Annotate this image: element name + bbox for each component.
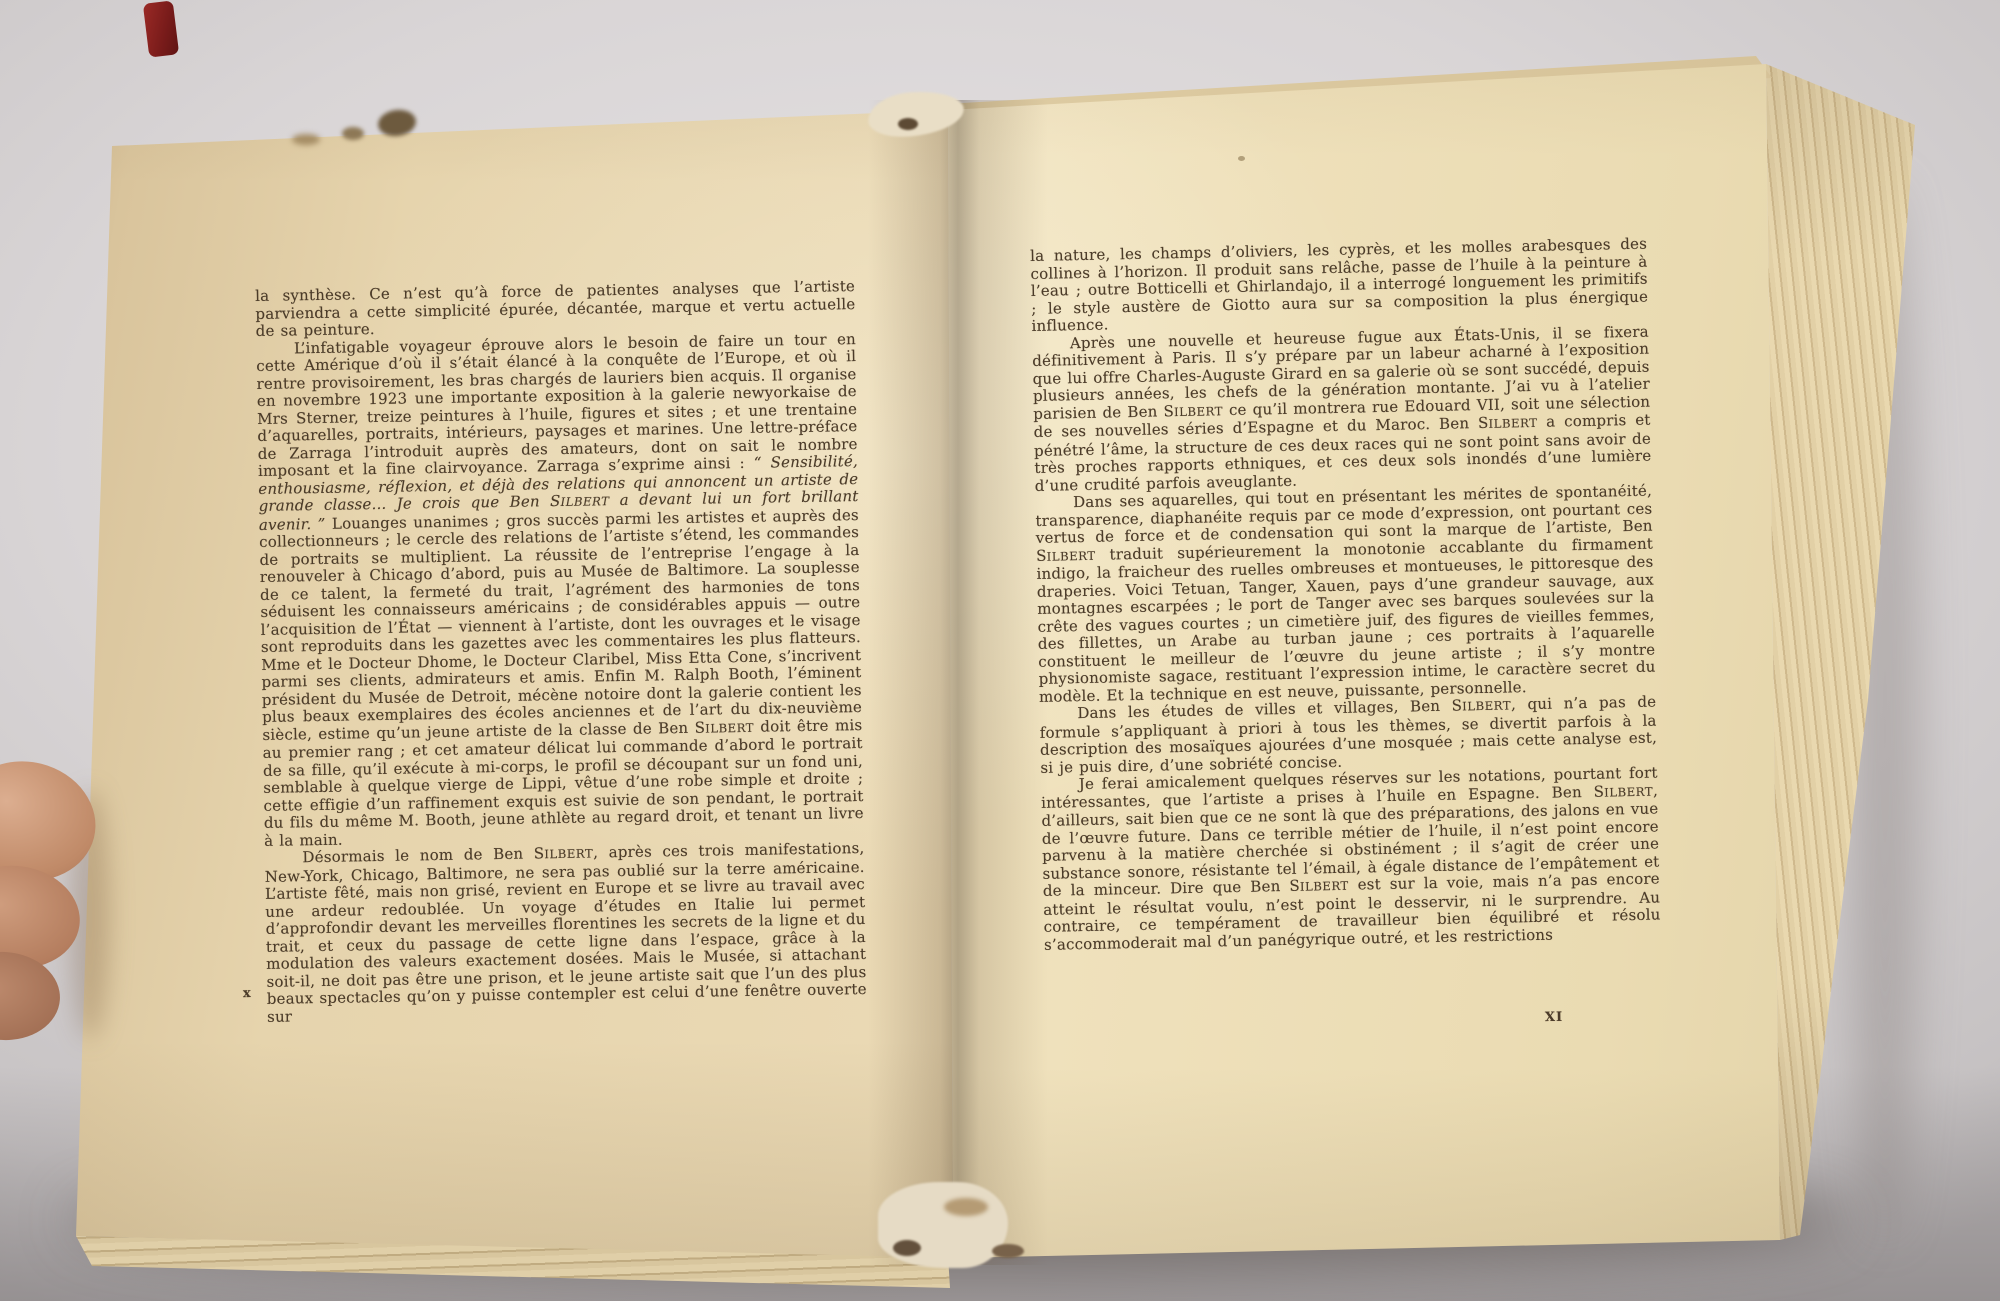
paragraph: Désormais le nom de Ben SILBERT, après c… [264, 840, 867, 1026]
small-caps-name: ILBERT [1047, 548, 1096, 563]
paragraph: Dans ses aquarelles, qui tout en présent… [1035, 483, 1656, 706]
small-caps-name: ILBERT [705, 720, 754, 735]
paper-speck [1238, 156, 1245, 161]
stain [376, 107, 417, 138]
body-text: Désormais le nom de Ben SILBERT, après c… [265, 839, 867, 1025]
finger-icon [0, 948, 63, 1044]
body-text: Louanges unanimes ; gros succès parmi le… [259, 506, 864, 850]
stain [944, 1198, 988, 1216]
small-caps-name: ILBERT [1300, 879, 1349, 894]
paragraph: L’infatigable voyageur éprouve alors le … [256, 331, 864, 850]
left-page-number: x [243, 986, 252, 1001]
body-text: Après une nouvelle et heureuse fugue aux… [1032, 322, 1651, 494]
small-caps-name: ILBERT [1488, 416, 1537, 431]
photograph-of-open-book: { "book": { "left_page": { "page_number"… [0, 0, 2000, 1301]
torn-paper-bottom-spine [878, 1182, 1008, 1268]
paragraph: Je ferai amicalement quelques réserves s… [1041, 765, 1661, 954]
body-text: Dans ses aquarelles, qui tout en présent… [1035, 482, 1655, 706]
red-bookmark-sliver [143, 0, 179, 57]
fore-edge-shadow [1850, 180, 1920, 1240]
small-caps-name: ILBERT [544, 846, 593, 861]
body-text: Je ferai amicalement quelques réserves s… [1041, 764, 1661, 954]
body-text: la nature, les champs d’oliviers, les cy… [1030, 235, 1648, 335]
body-text: Dans les études de villes et villages, B… [1040, 693, 1658, 777]
stain [992, 1244, 1024, 1258]
right-page-text: la nature, les champs d’oliviers, les cy… [1030, 236, 1661, 954]
paragraph: la nature, les champs d’oliviers, les cy… [1030, 236, 1649, 336]
stain [898, 118, 918, 130]
right-page-number: XI [1545, 1010, 1563, 1025]
stain [342, 127, 364, 140]
small-caps-name: ILBERT [560, 494, 609, 509]
left-page-text: la synthèse. Ce n’est qu’à force de pati… [255, 278, 867, 1026]
book-spine-gutter [868, 100, 1048, 1265]
small-caps-name: ILBERT [1604, 784, 1653, 799]
paragraph: Après une nouvelle et heureuse fugue aux… [1032, 323, 1652, 495]
stain [292, 134, 320, 145]
small-caps-name: ILBERT [1174, 404, 1223, 419]
stain [893, 1240, 921, 1256]
small-caps-name: ILBERT [1462, 698, 1511, 713]
